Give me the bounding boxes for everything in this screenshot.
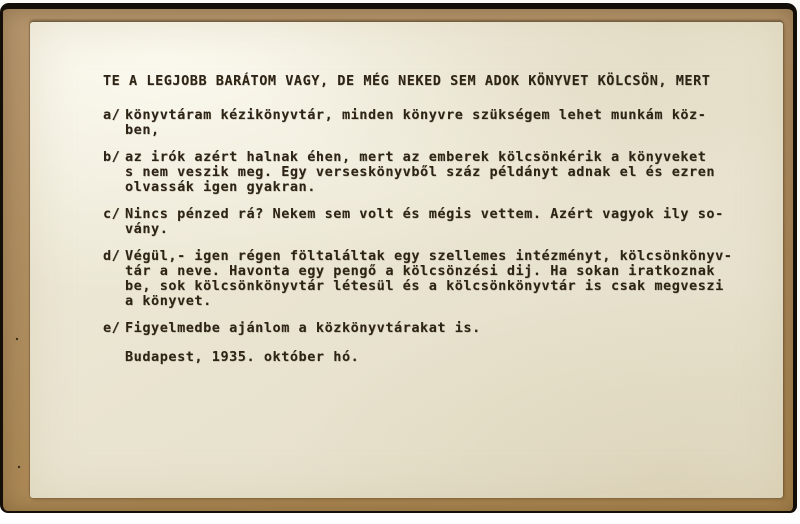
item-label-b: b/ xyxy=(103,150,125,195)
cardboard-mount: TE A LEGJOBB BARÁTOM VAGY, DE MÉG NEKED … xyxy=(0,3,797,513)
card-title: TE A LEGJOBB BARÁTOM VAGY, DE MÉG NEKED … xyxy=(103,74,751,89)
item-label-e: e/ xyxy=(103,321,125,336)
list-item-e: e/ Figyelmedbe ajánlom a közkönyvtárakat… xyxy=(103,321,751,336)
item-label-c: c/ xyxy=(103,207,125,237)
item-text-d: Végül,- igen régen föltaláltak egy szell… xyxy=(125,249,732,309)
dateline: Budapest, 1935. október hó. xyxy=(125,350,751,365)
typewritten-text: TE A LEGJOBB BARÁTOM VAGY, DE MÉG NEKED … xyxy=(103,74,751,365)
item-label-a: a/ xyxy=(103,108,125,138)
scan-background: TE A LEGJOBB BARÁTOM VAGY, DE MÉG NEKED … xyxy=(0,0,800,524)
item-label-d: d/ xyxy=(103,249,125,309)
list-item-a: a/ könyvtáram kézikönyvtár, minden könyv… xyxy=(103,108,751,138)
item-text-a: könyvtáram kézikönyvtár, minden könyvre … xyxy=(125,108,706,138)
item-text-b: az irók azért halnak éhen, mert az ember… xyxy=(125,150,715,195)
list-item-d: d/ Végül,- igen régen föltaláltak egy sz… xyxy=(103,249,751,309)
list-item-c: c/ Nincs pénzed rá? Nekem sem volt és mé… xyxy=(103,207,751,237)
paper-sheet: TE A LEGJOBB BARÁTOM VAGY, DE MÉG NEKED … xyxy=(30,22,783,498)
list-item-b: b/ az irók azért halnak éhen, mert az em… xyxy=(103,150,751,195)
item-text-e: Figyelmedbe ajánlom a közkönyvtárakat is… xyxy=(125,321,481,336)
item-text-c: Nincs pénzed rá? Nekem sem volt és mégis… xyxy=(125,207,724,237)
